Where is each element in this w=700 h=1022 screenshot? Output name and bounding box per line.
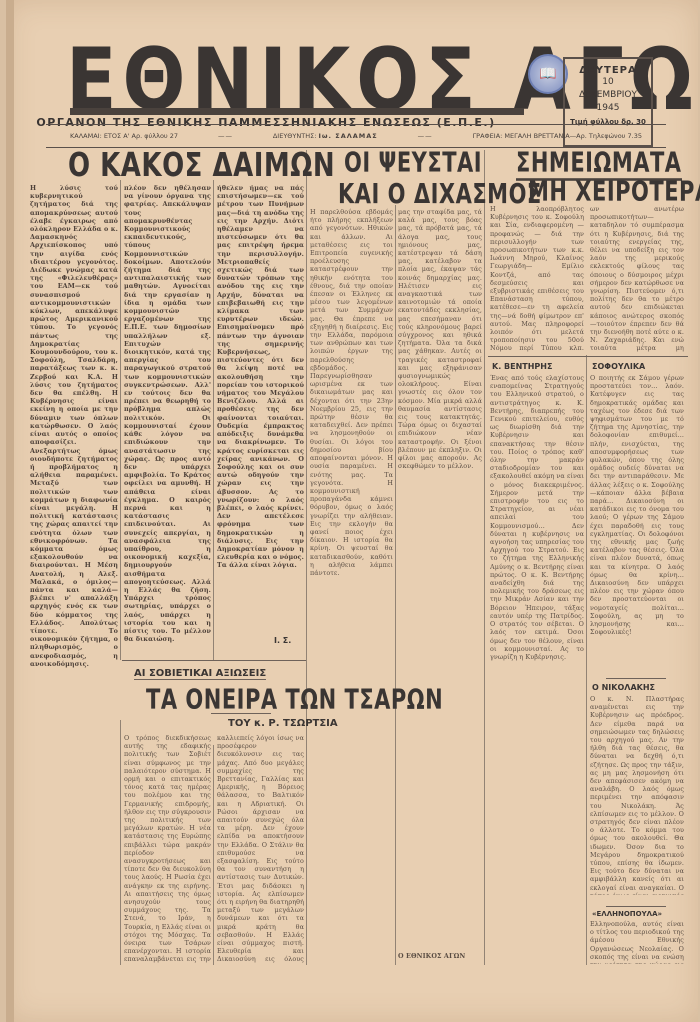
article-text: Ο ποιητής εκ Σάμου γέρων προστατεύει τον… [590, 374, 684, 674]
closing-signature: Ο ΕΘΝΙΚΟΣ ΑΓΩΝ [398, 952, 482, 968]
article-text: ων ανωτέρω προσωπικοτήτων—καταδηλον τό σ… [590, 205, 684, 353]
article-signature: Ι. Σ. [274, 636, 291, 645]
day-number: 10 [565, 76, 651, 89]
office-info: ΓΡΑΦΕΙΑ: ΜΕΓΑΛΗ ΒΡΕΤΤΑΝΙΑ—Αρ. Τηλεφώνου … [473, 132, 642, 140]
column-rule [395, 205, 396, 965]
divider [606, 678, 666, 679]
divider [122, 660, 306, 661]
headline-line: ΟΙ ΨΕΥΣΤΑΙ [338, 147, 542, 178]
director: ΔΙΕΥΘΥΝΤΗΣ: Ιω. ΣΑΛΑΜΑΣ [273, 132, 378, 140]
column-rule [484, 150, 485, 965]
newspaper-page: ΕΘΝΙΚΟΣ ΑΓΩΝ ΟΡΓΑΝΟΝ ΤΗΣ ΕΘΝΙΚΗΣ ΠΑΜΜΕΣΣ… [6, 0, 698, 1022]
article-text: Η λαοπρόβλητος Κυβέρνησις του κ. Σοφούλη… [490, 205, 584, 353]
article-text: μας την σταφίδα μας, τά καλά μας, τους β… [398, 208, 482, 948]
divider [606, 906, 666, 907]
article-text: Ο τρόπος διεκδικήσεως αυτής της εδαφικής… [124, 734, 211, 964]
article-text: Ένας από τούς ελαχίστους εναπομείνας Στρ… [490, 374, 584, 964]
article-text: πλέον δεν ηθέλησαν να γίνουν όργανα της … [124, 184, 211, 654]
column-rule [213, 180, 214, 660]
article-text: Ελληνοπούλα, αυτός είναι ο τίτλος του πε… [590, 920, 684, 964]
article-text: Ο κ. Ν. Πλαστήρας αναμένεται εις την Κυβ… [590, 695, 684, 895]
article-text: ήθελεν ήμας να πάς επιστήσωμεν—εκ τού μέ… [217, 184, 304, 634]
library-stamp-icon: 📖 [528, 54, 568, 94]
article-text: Η παρελθούσα εβδομάς ήτο πλήρης εκπλήξεω… [310, 208, 393, 963]
director-label: ΔΙΕΥΘΥΝΤΗΣ: [273, 132, 317, 140]
headline-pseustai: ΟΙ ΨΕΥΣΤΑΙ ΚΑΙ Ο ΔΙΧΑΣΜΟΣ [338, 147, 542, 209]
headline-kakos-daimon: Ο ΚΑΚΟΣ ΔΑΙΜΩΝ [68, 147, 335, 185]
masthead-rule [70, 108, 524, 115]
column-rule [306, 150, 307, 965]
separator: —— [218, 132, 233, 140]
month: ΔΕΚΕΜΒΡΙΟΥ [565, 89, 651, 102]
divider [211, 713, 271, 714]
headline-mi-xeirotera: ΜΗ ΧΕΙΡΟΤΕΡΑ [528, 176, 700, 207]
article-text: καλλιεπείς λόγοι ίσως να προσέφερον διευ… [217, 734, 304, 964]
column-rule [120, 180, 121, 660]
year: 1945 [565, 102, 651, 115]
column-rule [120, 720, 121, 965]
note-title-venteris: Κ. ΒΕΝΤΗΡΗΣ [492, 362, 552, 371]
weekday: ΔΕΥΤΕΡΑ [565, 65, 651, 76]
separator: —— [418, 132, 433, 140]
note-title-ellinopoula: «ΕΛΛΗΝΟΠΟΥΛΑ» [592, 910, 662, 918]
kicker-soviet: ΑΙ ΣΟΒΙΕΤΙΚΑΙ ΑΞΙΩΣΕΙΣ [134, 668, 266, 680]
page-edge [6, 0, 14, 1022]
article-text: Η λύσις τού κυβερνητικού ζητήματος διά τ… [30, 184, 118, 964]
column-rule [586, 355, 587, 965]
info-bar: ΚΑΛΑΜΑΙ: ΕΤΟΣ Α' Αρ. φύλλου 27 —— ΔΙΕΥΘΥ… [46, 124, 666, 148]
column-rule [213, 745, 214, 965]
director-name: Ιω. ΣΑΛΑΜΑΣ [318, 132, 377, 140]
issue-info: ΚΑΛΑΜΑΙ: ΕΤΟΣ Α' Αρ. φύλλου 27 [70, 132, 178, 140]
masthead: ΕΘΝΙΚΟΣ ΑΓΩΝ [66, 40, 526, 110]
divider [488, 356, 688, 357]
note-title-sofoulika: ΣΟΦΟΥΛΙΚΑ [592, 362, 645, 371]
note-title-nikolakis: Ο ΝΙΚΟΛΑΚΗΣ [592, 683, 655, 692]
